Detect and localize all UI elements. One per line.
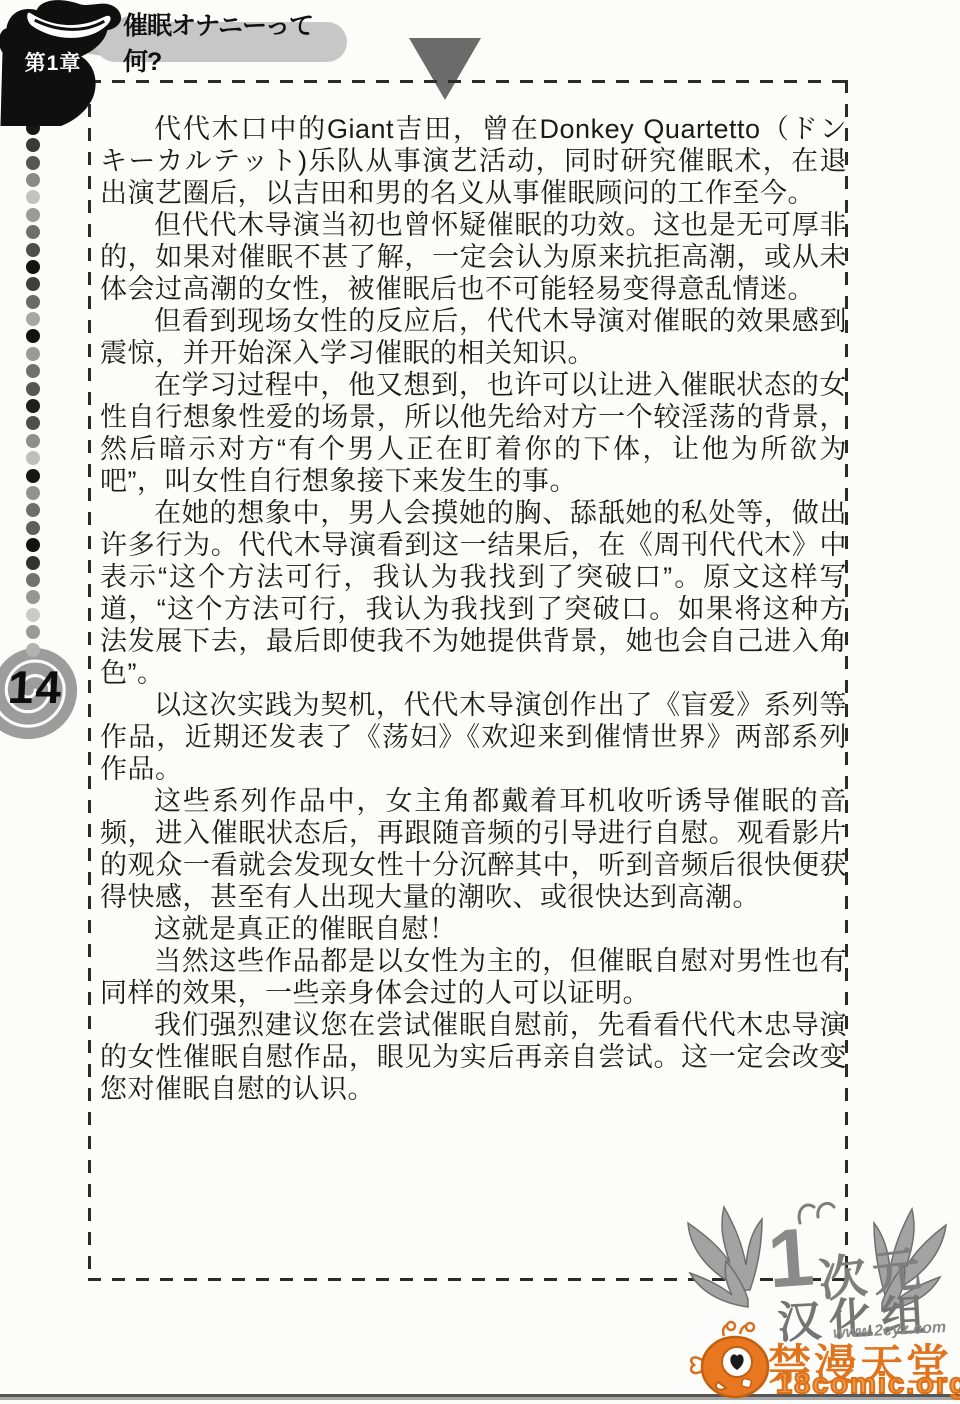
- decorative-dot: [26, 277, 40, 291]
- decorative-dot: [26, 156, 40, 170]
- paragraph: 代代木口中的Giant吉田，曾在Donkey Quartetto（ドンキーカルテ…: [100, 113, 847, 209]
- decorative-dot: [26, 538, 40, 552]
- decorative-dot: [26, 416, 40, 430]
- decorative-dot: [26, 469, 40, 483]
- paragraph: 我们强烈建议您在尝试催眠自慰前，先看看代代木忠导演的女性催眠自慰作品，眼见为实后…: [100, 1009, 847, 1105]
- article: 代代木口中的Giant吉田，曾在Donkey Quartetto（ドンキーカルテ…: [100, 113, 847, 1105]
- decorative-dot: [26, 260, 40, 274]
- fish-mascot-icon: [688, 1320, 780, 1402]
- decorative-dot: [26, 399, 40, 413]
- decorative-dot: [26, 312, 40, 326]
- dashed-border-top: [88, 80, 846, 83]
- decorative-dot: [26, 225, 40, 239]
- dashed-border-left: [88, 80, 91, 1280]
- dashed-border-right: [845, 80, 848, 1280]
- decorative-dot: [26, 382, 40, 396]
- decorative-dot: [26, 208, 40, 222]
- decorative-dot: [26, 190, 40, 204]
- decorative-dot: [26, 503, 40, 517]
- scanned-book-page: 第1章 催眠オナニーって何? 14 代代木口中的Giant吉田，曾在Donkey…: [0, 0, 960, 1404]
- paragraph: 在学习过程中，他又想到，也许可以让进入催眠状态的女性自行想象性爱的场景，所以他先…: [100, 369, 847, 497]
- decorative-dot: [26, 243, 40, 257]
- decorative-dot: [26, 486, 40, 500]
- decorative-dot: [26, 173, 40, 187]
- decorative-dot: [26, 434, 40, 448]
- decorative-dot: [26, 643, 40, 657]
- decorative-dot: [26, 608, 40, 622]
- decorative-dot: [26, 625, 40, 639]
- header-bubble: 催眠オナニーって何?: [95, 22, 347, 62]
- decorative-dot: [26, 347, 40, 361]
- decorative-dot: [26, 364, 40, 378]
- paragraph: 但代代木导演当初也曾怀疑催眠的功效。这也是无可厚非的，如果对催眠不甚了解，一定会…: [100, 209, 847, 305]
- paragraph: 这就是真正的催眠自慰！: [100, 913, 847, 945]
- dot-column: [26, 86, 40, 660]
- decorative-dot: [26, 521, 40, 535]
- decorative-dot: [26, 590, 40, 604]
- page-title: 催眠オナニーって何?: [123, 6, 347, 78]
- comic-site-url: 18comic.org: [776, 1368, 960, 1401]
- page-number: 14: [7, 660, 65, 714]
- decorative-dot: [26, 295, 40, 309]
- paragraph: 以这次实践为契机，代代木导演创作出了《盲爱》系列等作品，近期还发表了《荡妇》《欢…: [100, 689, 847, 785]
- paragraph: 当然这些作品都是以女性为主的，但催眠自慰对男性也有同样的效果，一些亲身体会过的人…: [100, 945, 847, 1009]
- decorative-dot: [26, 329, 40, 343]
- decorative-dot: [26, 556, 40, 570]
- paragraph: 这些系列作品中，女主角都戴着耳机收听诱导催眠的音频，进入催眠状态后，再跟随音频的…: [100, 785, 847, 913]
- paragraph: 但看到现场女性的反应后，代代木导演对催眠的效果感到震惊，并开始深入学习催眠的相关…: [100, 305, 847, 369]
- section-triangle-icon: [409, 38, 481, 100]
- decorative-dot: [26, 573, 40, 587]
- decorative-dot: [26, 138, 40, 152]
- chapter-label: 第1章: [14, 47, 92, 77]
- decorative-dot: [26, 451, 40, 465]
- paragraph: 在她的想象中，男人会摸她的胸、舔舐她的私处等，做出许多行为。代代木导演看到这一结…: [100, 497, 847, 689]
